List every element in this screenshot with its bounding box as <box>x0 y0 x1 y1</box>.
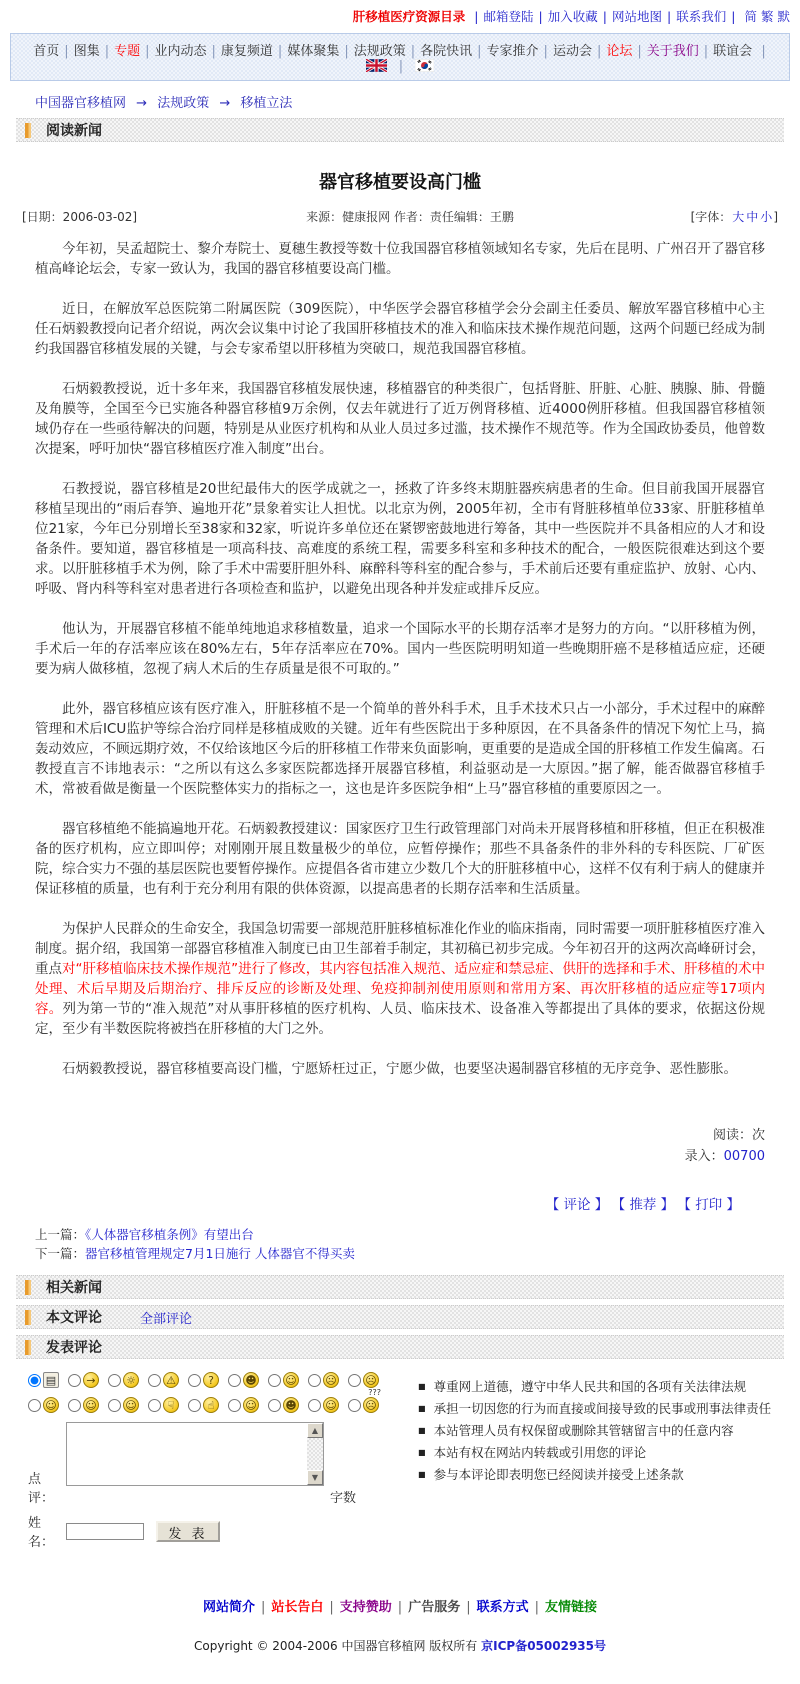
idea-icon: ☼ <box>123 1372 139 1388</box>
read-news-bar: 阅读新闻 <box>16 118 784 142</box>
rule-item: 承担一切因您的行为而直接或间接导致的民事或刑事法律责任 <box>418 1398 790 1420</box>
emoticon-option[interactable]: ☺ <box>228 1397 259 1413</box>
name-row: 姓名： 发 表 <box>28 1512 418 1550</box>
sad-icon: ☹ <box>363 1372 379 1388</box>
topbar-link[interactable]: 邮箱登陆 <box>484 9 534 24</box>
orange-accent-bar <box>25 123 31 138</box>
separator: | <box>544 44 548 59</box>
separator: | <box>212 44 216 59</box>
article-paragraph: 器官移植绝不能搞遍地开花。石炳毅教授建议：国家医疗卫生行政管理部门对尚未开展肾移… <box>35 819 765 899</box>
separator: | <box>597 44 601 59</box>
nav-links: 首页|图集|专题|业内动态|康复频道|媒体聚集|法规政策|各院快讯|专家推介|运… <box>31 44 754 59</box>
kr-flag-icon <box>415 59 434 72</box>
breadcrumb-policy[interactable]: 法规政策 <box>157 96 209 111</box>
separator: | <box>539 9 543 24</box>
read-count: 阅读：次 <box>0 1125 765 1146</box>
separator: | <box>145 44 149 59</box>
lang-link[interactable]: 默 <box>777 9 790 24</box>
emoticon-option[interactable]: ☺ <box>308 1397 339 1413</box>
separator: | <box>474 9 478 24</box>
emoticon-option[interactable]: ⚠ <box>148 1372 179 1388</box>
smile-icon: ☺ <box>283 1372 299 1388</box>
comment-form-left: ▤→☼⚠?☻☺☹☹ ☺☺☺☟☝☺☻☺☹??? 点评： ▲ ▼ 字数 姓名： 发 … <box>28 1372 418 1550</box>
emoticon-option[interactable]: ☟ <box>148 1397 179 1413</box>
emoticon-radio[interactable] <box>148 1374 161 1387</box>
submit-comment-button[interactable]: 发 表 <box>156 1521 220 1542</box>
separator: | <box>535 1600 539 1615</box>
topbar-links: |邮箱登陆|加入收藏|网站地图|联系我们|简繁默 <box>469 9 790 24</box>
article-paragraph: 近日，在解放军总医院第二附属医院（309医院），中华医学会器官移植学会分会副主任… <box>35 299 765 359</box>
copyright: Copyright © 2004-2006 中国器官移植网 版权所有 京ICP备… <box>0 1637 800 1684</box>
paragraph-segment: 石炳毅教授说，器官移植要高设门槛，宁愿矫枉过正，宁愿少做，也要坚决遏制器官移植的… <box>62 1061 737 1077</box>
paragraph-segment: 器官移植绝不能搞遍地开花。石炳毅教授建议：国家医疗卫生行政管理部门对尚未开展肾移… <box>35 821 765 897</box>
separator: | <box>105 44 109 59</box>
paragraph-segment: 石教授说，器官移植是20世纪最伟大的医学成就之一，拯救了许多终末期脏器疾病患者的… <box>35 481 765 597</box>
font-small-link[interactable]: 小 <box>760 210 772 224</box>
emoticon-radio[interactable] <box>148 1399 161 1412</box>
breadcrumb: 中国器官移植网 → 法规政策 → 移植立法 <box>0 87 800 115</box>
icp-license-link[interactable]: 京ICP备05002935号 <box>481 1639 606 1653</box>
comment-rules: 尊重网上道德，遵守中华人民共和国的各项有关法律法规承担一切因您的行为而直接或间接… <box>418 1372 790 1550</box>
separator: | <box>704 44 708 59</box>
confused-icon: ☹ <box>363 1397 379 1413</box>
emoticon-option[interactable]: ☺ <box>108 1397 139 1413</box>
next-article-link[interactable]: 器官移植管理规定7月1日施行 人体器官不得买卖 <box>85 1246 355 1261</box>
scroll-up-icon[interactable]: ▲ <box>307 1423 323 1438</box>
topbar-link[interactable]: 网站地图 <box>612 9 662 24</box>
arrow-icon: → <box>83 1372 99 1388</box>
emoticon-radio[interactable] <box>28 1399 41 1412</box>
topbar-link[interactable]: 加入收藏 <box>548 9 598 24</box>
entry-user-link[interactable]: 00700 <box>724 1149 765 1164</box>
footer-link[interactable]: 联系方式 <box>477 1600 529 1615</box>
resource-directory-link[interactable]: 肝移植医疗资源目录 <box>353 9 466 24</box>
article-title: 器官移植要设高门槛 <box>0 168 800 194</box>
rule-item: 本站管理人员有权保留或删除其管辖留言中的任意内容 <box>418 1420 790 1442</box>
nav-item[interactable]: 论坛 <box>606 44 632 59</box>
prev-article: 上一篇：《人体器官移植条例》有望出台 <box>35 1225 800 1244</box>
nav-item[interactable]: 联谊会 <box>713 44 752 59</box>
footer-link[interactable]: 友情链接 <box>545 1600 597 1615</box>
separator: | <box>466 1600 470 1615</box>
article-paragraph: 此外，器官移植应该有医疗准入，肝脏移植不是一个简单的普外科手术，且手术技术只占一… <box>35 699 765 799</box>
emoticon-option[interactable]: ▤ <box>28 1372 59 1388</box>
lang-link[interactable]: 简 <box>744 9 757 24</box>
footer-link[interactable]: 支持赞助 <box>340 1600 392 1615</box>
grin-icon: ☺ <box>43 1397 59 1413</box>
name-input[interactable] <box>66 1523 144 1540</box>
breadcrumb-arrow: → <box>219 96 230 111</box>
footer-link[interactable]: 站长告白 <box>271 1600 323 1615</box>
emoticon-radio[interactable] <box>108 1374 121 1387</box>
separator: | <box>603 9 607 24</box>
paragraph-segment: 他认为，开展器官移植不能单纯地追求移植数量，追求一个国际水平的长期存活率才是努力… <box>35 621 765 677</box>
thumbs-up-icon: ☝ <box>203 1397 219 1413</box>
separator: | <box>731 9 735 24</box>
related-news-title: 相关新闻 <box>46 1277 102 1297</box>
breadcrumb-arrow: → <box>136 96 147 111</box>
happy-icon: ☺ <box>123 1397 139 1413</box>
prev-next-nav: 上一篇：《人体器官移植条例》有望出台 下一篇：器官移植管理规定7月1日施行 人体… <box>0 1213 800 1267</box>
comment-form: ▤→☼⚠?☻☺☹☹ ☺☺☺☟☝☺☻☺☹??? 点评： ▲ ▼ 字数 姓名： 发 … <box>0 1362 800 1550</box>
cool-icon: ☻ <box>243 1372 259 1388</box>
action-link[interactable]: 【 评论 】 <box>546 1197 609 1213</box>
uk-flag-icon <box>366 59 387 72</box>
article-paragraph: 石炳毅教授说，近十多年来，我国器官移植发展快速，移植器官的种类很广，包括肾脏、肝… <box>35 379 765 459</box>
surprised-icon: ☺ <box>83 1397 99 1413</box>
article-comments-title: 本文评论 <box>46 1307 102 1327</box>
rule-item: 参与本评论即表明您已经阅读并接受上述条款 <box>418 1464 790 1486</box>
rule-item: 本站有权在网站内转载或引用您的评论 <box>418 1442 790 1464</box>
separator: | <box>398 1600 402 1615</box>
emoticon-option[interactable]: ☼ <box>108 1372 139 1388</box>
thumbs-down-icon: ☟ <box>163 1397 179 1413</box>
separator: | <box>667 9 671 24</box>
emoticon-radio[interactable] <box>228 1374 241 1387</box>
question-icon: ? <box>203 1372 219 1388</box>
separator: | <box>477 44 481 59</box>
nav-item[interactable]: 各院快讯 <box>420 44 472 59</box>
glasses-icon: ☻ <box>283 1397 299 1413</box>
review-row: 点评： ▲ ▼ 字数 <box>28 1422 418 1506</box>
nav-item[interactable]: 康复频道 <box>221 44 273 59</box>
paragraph-segment: 今年初，吴孟超院士、黎介寿院士、夏穗生教授等数十位我国器官移植领域知名专家，先后… <box>35 241 765 277</box>
font-size-control: [字体：大中小] <box>608 208 778 225</box>
warning-icon: ⚠ <box>163 1372 179 1388</box>
nav-item[interactable]: 运动会 <box>553 44 592 59</box>
scrollbar-track[interactable] <box>307 1438 323 1470</box>
emoticon-radio[interactable] <box>228 1399 241 1412</box>
emoticon-option[interactable]: ☻ <box>228 1372 259 1388</box>
nav-item[interactable]: 专家推介 <box>487 44 539 59</box>
paragraph-segment: 近日，在解放军总医院第二附属医院（309医院），中华医学会器官移植学会分会副主任… <box>35 301 765 357</box>
breadcrumb-legislation[interactable]: 移植立法 <box>240 96 292 111</box>
separator: | <box>637 44 641 59</box>
emoticon-option[interactable]: ☹??? <box>348 1397 379 1413</box>
font-large-link[interactable]: 大 <box>732 210 744 224</box>
post-comment-title: 发表评论 <box>46 1337 102 1357</box>
nav-item[interactable]: 法规政策 <box>354 44 406 59</box>
emoticon-radio[interactable] <box>348 1399 361 1412</box>
rule-item: 尊重网上道德，遵守中华人民共和国的各项有关法律法规 <box>418 1376 790 1398</box>
question-marks-label: ??? <box>368 1388 381 1397</box>
emoticon-option[interactable]: ☝ <box>188 1397 219 1413</box>
nav-item[interactable]: 专题 <box>114 44 140 59</box>
lang-link[interactable]: 繁 <box>761 9 774 24</box>
emoticon-option[interactable]: ? <box>188 1372 219 1388</box>
nav-item[interactable]: 媒体聚集 <box>287 44 339 59</box>
emoticon-row-2: ☺☺☺☟☝☺☻☺☹??? <box>28 1397 418 1413</box>
emoticon-radio[interactable] <box>268 1374 281 1387</box>
article-actions: 【 评论 】【 推荐 】【 打印 】 <box>0 1193 800 1213</box>
topbar-link[interactable]: 联系我们 <box>676 9 726 24</box>
orange-accent-bar <box>25 1310 31 1325</box>
article-paragraph: 他认为，开展器官移植不能单纯地追求移植数量，追求一个国际水平的长期存活率才是努力… <box>35 619 765 679</box>
korean-version-link[interactable] <box>412 59 437 74</box>
emoticon-option[interactable]: ☹ <box>348 1372 379 1388</box>
article: 器官移植要设高门槛 [日期：2006-03-02] 来源：健康报网 作者：责任编… <box>0 168 800 1267</box>
footer-links: 网站简介|站长告白|支持赞助|广告服务|联系方式|友情链接 <box>0 1596 800 1615</box>
emoticon-option[interactable]: ☺ <box>28 1397 59 1413</box>
separator: | <box>329 1600 333 1615</box>
article-paragraph: 为保护人民群众的生命安全，我国急切需要一部规范肝脏移植标准化作业的临床指南，同时… <box>35 919 765 1039</box>
emoticon-option[interactable]: ☺ <box>268 1372 299 1388</box>
emoticon-radio[interactable] <box>188 1374 201 1387</box>
emoticon-radio[interactable] <box>68 1399 81 1412</box>
article-body: 今年初，吴孟超院士、黎介寿院士、夏穗生教授等数十位我国器官移植领域知名专家，先后… <box>0 239 800 1079</box>
name-label: 姓名： <box>28 1512 66 1550</box>
article-paragraph: 石炳毅教授说，器官移植要高设门槛，宁愿矫枉过正，宁愿少做，也要坚决遏制器官移植的… <box>35 1059 765 1079</box>
separator: | <box>411 44 415 59</box>
char-count-label: 字数 <box>330 1487 356 1506</box>
emoticon-radio[interactable] <box>308 1374 321 1387</box>
emoticon-radio[interactable] <box>28 1374 41 1387</box>
nav-item[interactable]: 图集 <box>74 44 100 59</box>
all-comments-link[interactable]: 全部评论 <box>140 1308 192 1327</box>
footer-link[interactable]: 广告服务 <box>408 1600 460 1615</box>
emoticon-radio[interactable] <box>268 1399 281 1412</box>
nav-item[interactable]: 业内动态 <box>155 44 207 59</box>
article-stats: 阅读：次 录入：00700 <box>0 1125 800 1167</box>
nav-item[interactable]: 首页 <box>33 44 59 59</box>
paragraph-segment: 列为第一节的“准入规范”对从事肝移植的医疗机构、人员、临床技术、设备准入等都提出… <box>35 1001 765 1037</box>
read-news-title: 阅读新闻 <box>46 120 102 140</box>
review-label: 点评： <box>28 1422 66 1506</box>
action-link[interactable]: 【 打印 】 <box>684 1197 740 1213</box>
emoticon-row-1: ▤→☼⚠?☻☺☹☹ <box>28 1372 418 1388</box>
separator: | <box>344 44 348 59</box>
paragraph-segment: 石炳毅教授说，近十多年来，我国器官移植发展快速，移植器官的种类很广，包括肾脏、肝… <box>35 381 765 457</box>
next-article: 下一篇：器官移植管理规定7月1日施行 人体器官不得买卖 <box>35 1244 800 1263</box>
separator: | <box>261 1600 265 1615</box>
orange-accent-bar <box>25 1340 31 1355</box>
entry-by: 录入：00700 <box>0 1146 765 1167</box>
article-comments-bar: 本文评论 全部评论 <box>16 1305 784 1329</box>
emoticon-radio[interactable] <box>348 1374 361 1387</box>
tongue-icon: ☺ <box>323 1397 339 1413</box>
article-paragraph: 今年初，吴孟超院士、黎介寿院士、夏穗生教授等数十位我国器官移植领域知名专家，先后… <box>35 239 765 279</box>
emoticon-radio[interactable] <box>188 1399 201 1412</box>
emoticon-radio[interactable] <box>108 1399 121 1412</box>
prev-article-link[interactable]: 《人体器官移植条例》有望出台 <box>85 1227 254 1242</box>
review-textarea-wrap: ▲ ▼ <box>66 1422 324 1486</box>
english-version-link[interactable] <box>363 59 390 74</box>
article-meta: [日期：2006-03-02] 来源：健康报网 作者：责任编辑：王鹏 [字体：大… <box>0 208 800 225</box>
angry-icon: ☹ <box>323 1372 339 1388</box>
note-icon: ▤ <box>43 1372 59 1388</box>
laugh-icon: ☺ <box>243 1397 259 1413</box>
font-medium-link[interactable]: 中 <box>746 210 758 224</box>
separator: | <box>64 44 68 59</box>
article-date: [日期：2006-03-02] <box>22 208 212 225</box>
rules-list: 尊重网上道德，遵守中华人民共和国的各项有关法律法规承担一切因您的行为而直接或间接… <box>418 1376 790 1486</box>
emoticon-option[interactable]: → <box>68 1372 99 1388</box>
emoticon-option[interactable]: ☺ <box>68 1397 99 1413</box>
textarea-scrollbar[interactable]: ▲ ▼ <box>307 1423 323 1485</box>
emoticon-option[interactable]: ☻ <box>268 1397 299 1413</box>
article-paragraph: 石教授说，器官移植是20世纪最伟大的医学成就之一，拯救了许多终末期脏器疾病患者的… <box>35 479 765 599</box>
emoticon-radio[interactable] <box>308 1399 321 1412</box>
topbar: 肝移植医疗资源目录 |邮箱登陆|加入收藏|网站地图|联系我们|简繁默 <box>0 0 800 29</box>
article-source: 来源：健康报网 作者：责任编辑：王鹏 <box>212 208 608 225</box>
orange-accent-bar <box>25 1280 31 1295</box>
footer-link[interactable]: 网站简介 <box>203 1600 255 1615</box>
emoticon-radio[interactable] <box>68 1374 81 1387</box>
related-news-bar: 相关新闻 <box>16 1275 784 1299</box>
breadcrumb-home[interactable]: 中国器官移植网 <box>35 96 126 111</box>
main-nav: 首页|图集|专题|业内动态|康复频道|媒体聚集|法规政策|各院快讯|专家推介|运… <box>10 33 790 81</box>
nav-item[interactable]: 关于我们 <box>647 44 699 59</box>
scroll-down-icon[interactable]: ▼ <box>307 1470 323 1485</box>
emoticon-option[interactable]: ☹ <box>308 1372 339 1388</box>
review-textarea[interactable] <box>67 1423 307 1485</box>
action-link[interactable]: 【 推荐 】 <box>618 1197 674 1213</box>
separator: | <box>278 44 282 59</box>
paragraph-segment: 此外，器官移植应该有医疗准入，肝脏移植不是一个简单的普外科手术，且手术技术只占一… <box>35 701 765 797</box>
post-comment-bar: 发表评论 <box>16 1335 784 1359</box>
